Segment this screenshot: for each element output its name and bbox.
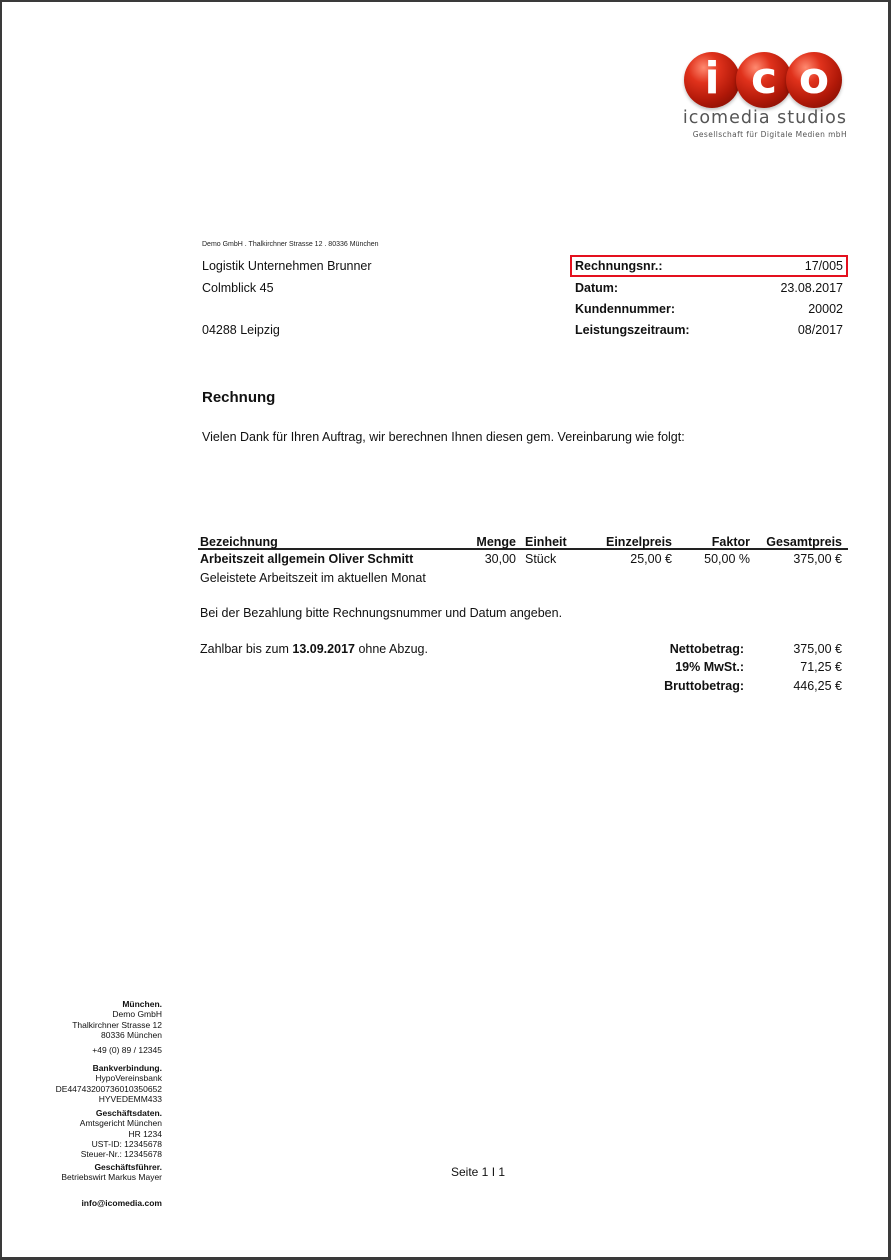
meta-value: 17/005 <box>805 259 843 273</box>
footer-line: HYVEDEMM433 <box>32 1094 162 1104</box>
company-logo: i c o icomedia studios Gesellschaft für … <box>682 50 847 142</box>
meta-label: Kundennummer: <box>575 302 675 316</box>
footer-line: DE44743200736010350652 <box>32 1084 162 1094</box>
recipient-name: Logistik Unternehmen Brunner <box>202 259 372 273</box>
total-value: 446,25 € <box>793 679 842 693</box>
footer-line: HypoVereinsbank <box>32 1073 162 1083</box>
header-bezeichnung: Bezeichnung <box>200 535 278 549</box>
logo-ball-o-icon: o <box>786 52 842 108</box>
payment-note: Bei der Bezahlung bitte Rechnungsnummer … <box>200 606 562 620</box>
footer-bank: Bankverbindung. HypoVereinsbank DE447432… <box>32 1063 162 1104</box>
invoice-page: i c o icomedia studios Gesellschaft für … <box>0 0 891 1260</box>
footer-location: München. Demo GmbH Thalkirchner Strasse … <box>32 999 162 1040</box>
meta-label: Leistungszeitraum: <box>575 323 690 337</box>
payment-terms: Zahlbar bis zum 13.09.2017 ohne Abzug. <box>200 642 428 656</box>
footer-heading: Geschäftsführer. <box>32 1162 162 1172</box>
cell-einheit: Stück <box>525 552 556 566</box>
footer-heading: München. <box>32 999 162 1009</box>
table-row: Arbeitszeit allgemein Oliver Schmitt 30,… <box>198 551 848 569</box>
footer-line: Thalkirchner Strasse 12 <box>32 1020 162 1030</box>
cell-faktor: 50,00 % <box>704 552 750 566</box>
footer-ceo: Geschäftsführer. Betriebswirt Markus May… <box>32 1162 162 1183</box>
footer-phone: +49 (0) 89 / 12345 <box>32 1045 162 1055</box>
payment-terms-suffix: ohne Abzug. <box>355 642 428 656</box>
sender-line: Demo GmbH . Thalkirchner Strasse 12 . 80… <box>202 241 379 248</box>
item-description: Geleistete Arbeitszeit im aktuellen Mona… <box>200 571 426 585</box>
meta-label: Rechnungsnr.: <box>575 259 663 273</box>
footer-heading: Geschäftsdaten. <box>32 1108 162 1118</box>
total-label: Bruttobetrag: <box>664 679 744 693</box>
cell-einzelpreis: 25,00 € <box>630 552 672 566</box>
cell-bezeichnung: Arbeitszeit allgemein Oliver Schmitt <box>200 552 413 566</box>
payment-terms-prefix: Zahlbar bis zum <box>200 642 292 656</box>
total-value: 375,00 € <box>793 642 842 656</box>
page-number: Seite 1 I 1 <box>451 1165 505 1179</box>
footer-line: Betriebswirt Markus Mayer <box>32 1172 162 1182</box>
footer-email: info@icomedia.com <box>32 1198 162 1208</box>
total-label: Nettobetrag: <box>670 642 744 656</box>
logo-ball-i-icon: i <box>684 52 740 108</box>
header-einheit: Einheit <box>525 535 567 549</box>
logo-balls: i c o <box>682 50 847 108</box>
footer-line: Steuer-Nr.: 12345678 <box>32 1149 162 1159</box>
footer-line: Demo GmbH <box>32 1009 162 1019</box>
logo-ball-c-icon: c <box>736 52 792 108</box>
meta-label: Datum: <box>575 281 618 295</box>
payment-due-date: 13.09.2017 <box>292 642 355 656</box>
recipient-city: 04288 Leipzig <box>202 323 280 337</box>
header-einzelpreis: Einzelpreis <box>606 535 672 549</box>
total-value: 71,25 € <box>800 660 842 674</box>
intro-text: Vielen Dank für Ihren Auftrag, wir berec… <box>202 430 685 444</box>
footer-line: HR 1234 <box>32 1129 162 1139</box>
meta-value: 20002 <box>808 302 843 316</box>
footer-line: 80336 München <box>32 1030 162 1040</box>
header-menge: Menge <box>476 535 516 549</box>
footer-heading: Bankverbindung. <box>32 1063 162 1073</box>
table-header: Bezeichnung Menge Einheit Einzelpreis Fa… <box>198 533 848 550</box>
header-gesamtpreis: Gesamtpreis <box>766 535 842 549</box>
total-label: 19% MwSt.: <box>675 660 744 674</box>
footer-business: Geschäftsdaten. Amtsgericht München HR 1… <box>32 1108 162 1159</box>
footer-line: Amtsgericht München <box>32 1118 162 1128</box>
footer-line: UST-ID: 12345678 <box>32 1139 162 1149</box>
document-title: Rechnung <box>202 389 275 406</box>
meta-value: 08/2017 <box>798 323 843 337</box>
recipient-street: Colmblick 45 <box>202 281 274 295</box>
logo-tagline: Gesellschaft für Digitale Medien mbH <box>682 130 847 139</box>
meta-value: 23.08.2017 <box>780 281 843 295</box>
cell-gesamtpreis: 375,00 € <box>793 552 842 566</box>
header-faktor: Faktor <box>712 535 750 549</box>
logo-brand-name: icomedia studios <box>682 108 847 128</box>
cell-menge: 30,00 <box>485 552 516 566</box>
